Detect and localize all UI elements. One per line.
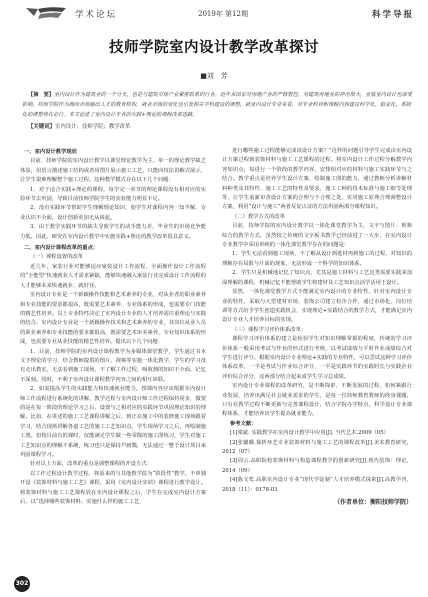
page-number-badge: 302 bbox=[14, 576, 30, 592]
journal-logo-icon bbox=[24, 6, 68, 20]
subsection-heading: （二）教学方式的改革 bbox=[222, 213, 412, 222]
reference-item: [1]梁斌. 实践教学在室内设计教学中应用[J]. 当代艺术.2009（05） bbox=[222, 429, 412, 438]
keywords-text: 室内设计；技师学院；教学改革 bbox=[55, 124, 130, 130]
article-title: 技师学院室内设计教学改革探讨 bbox=[0, 36, 428, 57]
reference-item: [2]张璐璐.探析环艺专业装饰材料与施工工艺的课程改革[J].美术教育研究，20… bbox=[222, 439, 412, 458]
paragraph: 针对以上方面，改革的重点是调整课程的开设方式： bbox=[20, 460, 206, 469]
section-heading: 一、室内设计教学现状 bbox=[20, 148, 206, 157]
paragraph: 1、学生无法看到施工现场，不了解从设计到选材再到施工的过程，对知识的理解存在局限… bbox=[222, 250, 412, 269]
paragraph: 1、目前，技师学院的室内设计课程教学为多媒体课堂教学，学生通过书本文字理论的学习… bbox=[20, 348, 206, 386]
paragraph: 近几年，家装行业对能够适应家装设计工作流程、全面操作设计工作流程的“全能型”快速… bbox=[20, 263, 206, 291]
paragraph: 目前，技师学院的室内设计教学以一体化课堂教学为主，文字与图片、视频综合的教学方式… bbox=[222, 222, 412, 250]
paragraph: 进行哪些施工过程能够完成该设计方案？”这样的问题引导学生完成由室内设计方案过程到… bbox=[222, 147, 412, 213]
keywords-label: 【关键词】 bbox=[28, 124, 55, 130]
subsection-heading: （三）课程学习评价体系改革： bbox=[222, 326, 412, 335]
abstract-text: 室内设计作为建筑业的一个分支，也是与建筑市场产业紧密联系的行业。近年来国家对房地… bbox=[22, 92, 412, 118]
paragraph: 室内设计专业是一个新颖操作技能和艺术素养的专业，对从业者的职业素养和专业技能的要… bbox=[20, 291, 206, 347]
paragraph: 1、对于适合实践+理论的课程，每学完一章节的理论课程没有相对应的实验环节去巩固，… bbox=[20, 186, 206, 205]
author-unit: （作者单位：衡阳技师学院） bbox=[222, 498, 412, 507]
paragraph: 室内设计专业课程的改革研究，是不断探索、不断发展的过程，如何紧跟行业发展，培养出… bbox=[222, 382, 412, 420]
paragraph: 目前，技师学院的室内设计教学以课堂理论教学为主，单一的理论教学缺乏体验，用语言描… bbox=[20, 157, 206, 185]
reference-item: [4]陈文莺.高职室内设计专业“现代学徒制”人才培养模式探索[J].高教学刊，2… bbox=[222, 476, 412, 495]
page-header: 学术论坛 2019年 第12期 科学导报 bbox=[0, 0, 428, 26]
issue-number: 2019年 第12期 bbox=[198, 9, 248, 19]
paragraph: 3、由于教学实践环节的缺失导致学生的动手能力差，毕业生的市场竞争能力低。因此，研… bbox=[20, 223, 206, 242]
section-heading: 二、室内设计课程改革的重点： bbox=[20, 244, 206, 253]
column-name: 学术论坛 bbox=[75, 8, 117, 20]
article-author: ■刘 芳 bbox=[0, 71, 428, 81]
paragraph: 2、学生只是机械地记忆了知识点，尤其是施工材料与工艺这类需要实践来加深理解的课程… bbox=[222, 269, 412, 288]
subsection-heading: （一）课程设置的改革 bbox=[20, 253, 206, 262]
paragraph: 以工作过程设计教学过程，将原来的与其他教学改为“阶段性”教学。不单独开设《装饰材… bbox=[20, 470, 206, 508]
reference-item: [3]周云.高职院校装饰材料与构造课程教学的创新研究[J].现代装饰：理论，20… bbox=[222, 457, 412, 476]
left-column: 一、室内设计教学现状 目前，技师学院的室内设计教学以课堂理论教学为主，单一的理论… bbox=[20, 146, 206, 507]
paragraph: 课程学习评价体系的建立是检验学生对知识理解掌握的程度，传统的学习评价体系一般采用… bbox=[222, 335, 412, 382]
keywords: 【关键词】室内设计；技师学院；教学改革 bbox=[28, 122, 130, 130]
references-heading: 参考文献： bbox=[222, 420, 412, 429]
journal-name: 科学导报 bbox=[372, 8, 414, 20]
abstract-label: 【摘 要】 bbox=[28, 92, 54, 98]
right-column: 进行哪些施工过程能够完成该设计方案？”这样的问题引导学生完成由室内设计方案过程到… bbox=[222, 147, 412, 507]
paragraph: 2、如需提高学生的实践能力和快速就业能力，授课内容应该根据室内设计师工作流程进行… bbox=[20, 385, 206, 460]
abstract: 【摘 要】室内设计作为建筑业的一个分支，也是与建筑市场产业紧密联系的行业。近年来… bbox=[22, 90, 414, 120]
paragraph: 2、没有实践环节帮助学生理解理论知识，使学生对课程内容一知半解，专业认识不全面，… bbox=[20, 204, 206, 223]
paragraph: 显然，一体化课堂教学方式不能满足室内设计的专业特性。针对室内设计专业的特性，采取… bbox=[222, 288, 412, 326]
